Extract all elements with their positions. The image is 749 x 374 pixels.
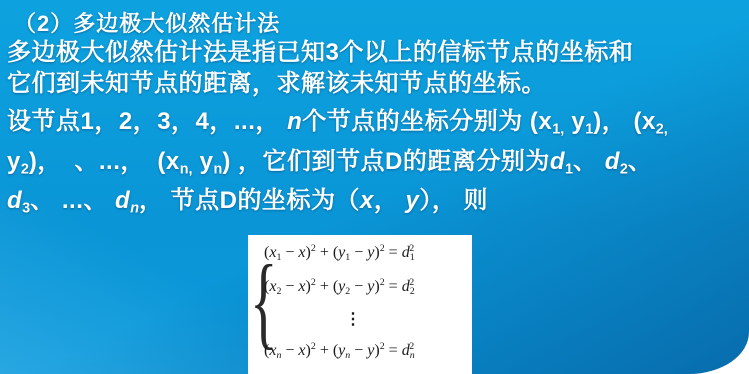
equation-row-2: (x2 − x)2 + (y2 − y)2 = d22 xyxy=(264,277,414,297)
equation-row-1: (x1 − x)2 + (y1 − y)2 = d12 xyxy=(264,243,414,263)
text-line: d3、 ...、 dn， 节点D的坐标为（x， y）， 则 xyxy=(7,185,668,225)
slide-canvas: （2）多边极大似然估计法 多边极大似然估计法是指已知3个以上的信标节点的坐标和 … xyxy=(0,0,749,374)
body-paragraph-definition: 多边极大似然估计法是指已知3个以上的信标节点的坐标和 它们到未知节点的距离，求解… xyxy=(7,37,633,99)
vertical-ellipsis: ⋮ xyxy=(345,309,361,329)
text-line: y2)， 、...， (xn, yn) ，它们到节点D的距离分别为d1、 d2、 xyxy=(7,146,668,186)
slide-title: （2）多边极大似然估计法 xyxy=(14,7,280,38)
text-line: 它们到未知节点的距离，求解该未知节点的坐标。 xyxy=(7,68,633,99)
text-line: 多边极大似然估计法是指已知3个以上的信标节点的坐标和 xyxy=(7,37,633,68)
equation-row-n: (xn − x)2 + (yn − y)2 = dn2 xyxy=(264,341,414,361)
text-line: 设节点1，2，3，4，...， n个节点的坐标分别为 (x1, y1)， (x2… xyxy=(7,106,668,146)
equation-image: { (x1 − x)2 + (y1 − y)2 = d12 (x2 − x)2 … xyxy=(248,235,472,374)
body-paragraph-setup: 设节点1，2，3，4，...， n个节点的坐标分别为 (x1, y1)， (x2… xyxy=(7,106,668,225)
